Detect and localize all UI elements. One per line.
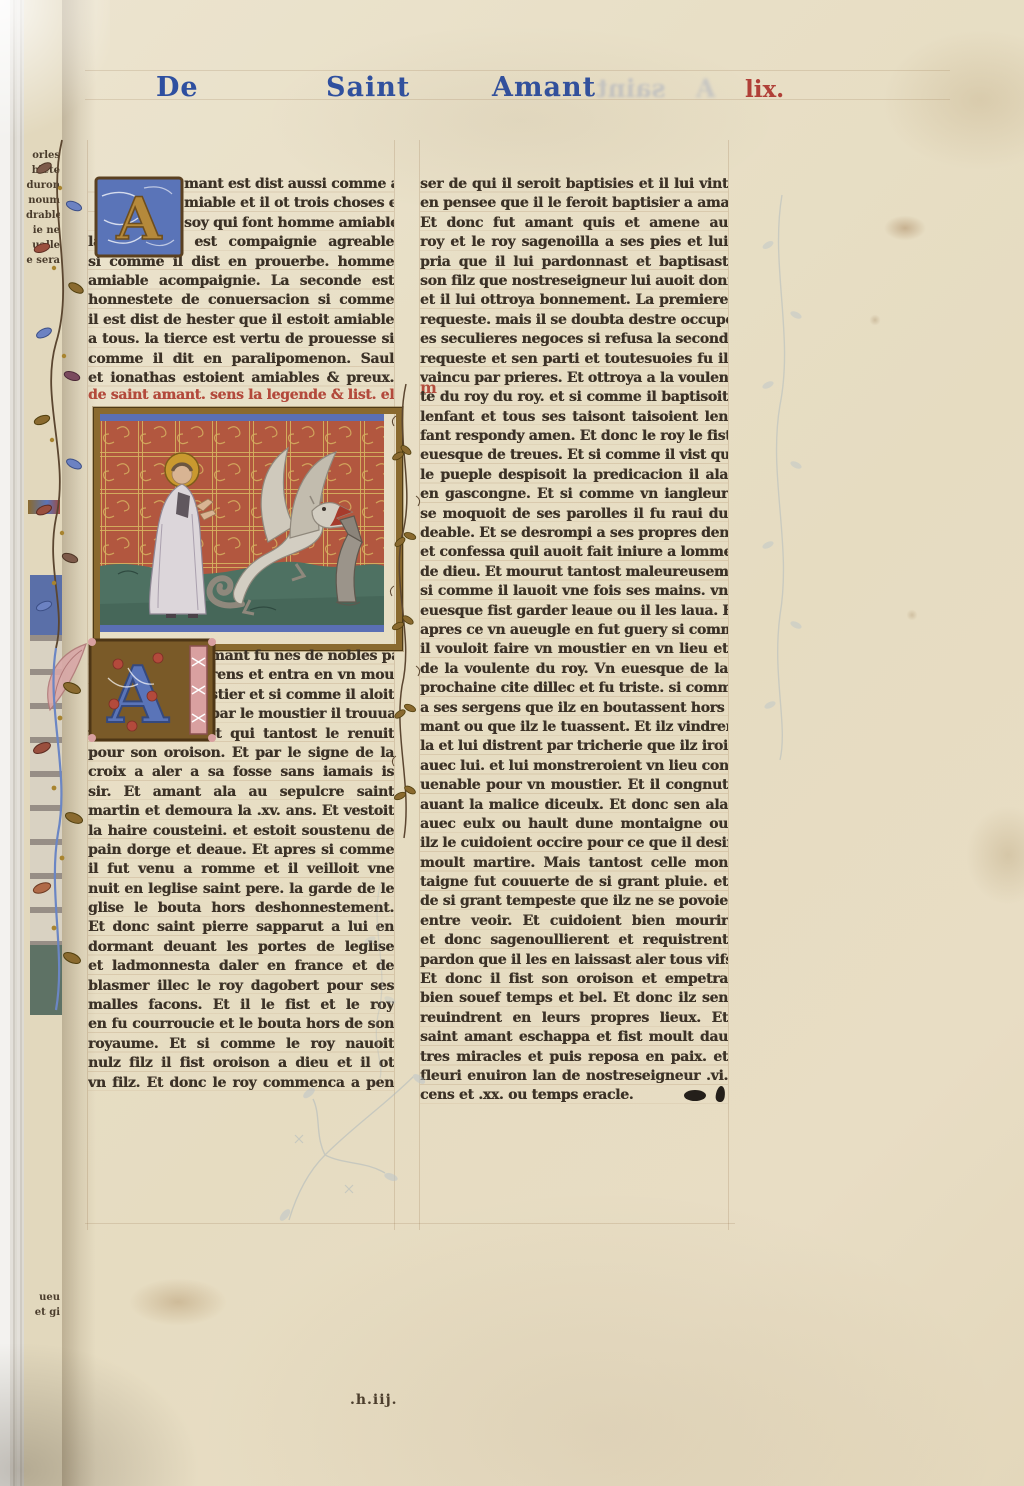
text-line: le pueple despisoit la predicacion il al… (420, 466, 728, 485)
miniature-painting (100, 414, 384, 632)
text-line: glise le bouta hors deshonnestement. (88, 899, 394, 918)
photo-background-edge (0, 0, 10, 1486)
text-line: ualle (26, 238, 60, 253)
offset-ghost-mark: A (696, 74, 715, 103)
text-line: cens et .xx. ou temps eracle. (420, 1086, 728, 1105)
text-line: auec lui. et lui monstreroient vn lieu c… (420, 757, 728, 776)
text-line: roy et le roy sagenoilla a ses pies et l… (420, 233, 728, 252)
text-line: ser de qui il seroit baptisies et il lui… (420, 175, 728, 194)
text-line: il fut venu a romme et il veilloit vne (88, 860, 394, 879)
text-line: bien souef temps et bel. Et donc ilz sen (420, 989, 728, 1008)
text-line: a ses sergens que ilz en boutassent hors… (420, 699, 728, 718)
text-line: requeste. mais il se doubta destre occup… (420, 311, 728, 330)
decorated-initial-A1: A (94, 176, 184, 262)
text-line: es seculieres negoces si refusa la secon… (420, 330, 728, 349)
text-line: duron (26, 178, 60, 193)
text-line: a tous. la tierce est vertu de prouesse … (88, 330, 394, 349)
text-line: sir. Et amant ala au sepulcre saint (88, 783, 394, 802)
text-line: reuindrent en leurs propres lieux. Et (420, 1009, 728, 1028)
text-line: martin et demoura la .xv. ans. Et vestoi… (88, 802, 394, 821)
text-line: et donc sagenoullierent et requistrent (420, 931, 728, 950)
text-line: mant fu nes de nobles pa (210, 647, 394, 666)
previous-folio-sliver: orlesbleteduronnoumdrableie neuallee ser… (24, 0, 62, 1486)
saint-amant-dragon-miniature (94, 408, 402, 650)
text-line: nulz filz il fist oroison a dieu et il o… (88, 1054, 394, 1073)
text-line: la haire cousteini. et estoit soustenu d… (88, 822, 394, 841)
text-line: en pensee que il le feroit baptisier a a… (420, 194, 728, 213)
text-line: noum (26, 193, 60, 208)
ruling-line (85, 1223, 735, 1224)
book-page-edges (10, 0, 24, 1486)
ruling-line (85, 70, 950, 71)
svg-text:A: A (115, 185, 162, 253)
text-line: apres ce vn aueugle en fut guery si comm… (420, 621, 728, 640)
text-line: moult martire. Mais tantost celle mon (420, 854, 728, 873)
text-line: pria que il lui pardonnast et baptisast (420, 253, 728, 272)
text-line: rens et entra en vn mou (210, 666, 394, 685)
text-line: orles (26, 148, 60, 163)
text-line: et gi (26, 1305, 60, 1320)
text-line: en fu courroucie et le bouta hors de son (88, 1015, 394, 1034)
text-line: la et lui distrent par tricherie que ilz… (420, 737, 728, 756)
text-line: te du roy du roy. et si comme il baptiso… (420, 388, 728, 407)
text-line: de dieu. Et mourut tantost maleureusemen… (420, 563, 728, 582)
ruling-line (394, 140, 395, 1230)
text-line: entre veoir. Et cuidoient bien mourir (420, 912, 728, 931)
manuscript-photo: { "page": { "header": { "word1": "De", "… (0, 0, 1024, 1486)
text-line: miable et il ot trois choses en (184, 194, 394, 213)
text-line: mant est dist aussi comme a (184, 175, 394, 194)
text-line: Et donc saint pierre sapparut a lui en (88, 918, 394, 937)
text-line: auec eulx ou hault dune montaigne ou (420, 815, 728, 834)
text-line: mant ou que ilz le tuassent. Et ilz vind… (420, 718, 728, 737)
text-line: pardon que il les en laissast aler tous … (420, 951, 728, 970)
folio-number: lix. (745, 76, 784, 103)
text-line: fant respondy amen. Et donc le roy le fi… (420, 427, 728, 446)
text-line: si comme il lauoit vne fois ses mains. v… (420, 582, 728, 601)
text-line: tres miracles et puis reposa en paix. et (420, 1048, 728, 1067)
text-line: et confessa quil auoit fait iniure a lom… (420, 543, 728, 562)
text-line: soy qui font homme amiable (184, 214, 394, 233)
text-line: de la voulente du roy. Vn euesque de la (420, 660, 728, 679)
text-line: euesque de treues. Et si comme il vist q… (420, 446, 728, 465)
text-line: en gascongne. Et si comme vn iangleur (420, 485, 728, 504)
text-line: amiable acompaignie. La seconde est (88, 272, 394, 291)
text-line: uenable pour vn moustier. Et il congnut (420, 776, 728, 795)
text-line: lenfant et tous ses taisont taisoient le… (420, 408, 728, 427)
text-line: blete (26, 163, 60, 178)
text-line: il est dist de hester que il estoit amia… (88, 311, 394, 330)
text-line: auant la malice diceulx. Et donc sen ala (420, 796, 728, 815)
text-line: ie ne (26, 223, 60, 238)
text-line: de si grant tempeste que ilz ne se povoi… (420, 892, 728, 911)
running-title-word: Saint (326, 72, 410, 103)
quire-signature: .h.iij. (350, 1392, 398, 1408)
previous-folio-miniature-fragment (30, 575, 62, 1105)
text-line: et il lui ottroya bonnement. La premiere (420, 291, 728, 310)
running-title-word: Amant (492, 72, 596, 103)
text-line: son filz que nostreseigneur lui auoit do… (420, 272, 728, 291)
text-line: comme il dit en paralipomenon. Saul (88, 350, 394, 369)
running-title-word: De (156, 72, 199, 103)
rubric-line: de saint amant. sens la legende & list. … (88, 386, 394, 405)
text-line: par le moustier il trouua (210, 705, 394, 724)
showthrough-vine-right (742, 185, 822, 765)
text-line: dormant deuant les portes de leglise (88, 938, 394, 957)
text-line: drable (26, 208, 60, 223)
text-line: taigne fut couuerte de si grant pluie. e… (420, 873, 728, 892)
text-line: fleuri enuiron lan de nostreseigneur .vi… (420, 1067, 728, 1086)
text-line: il vouloit faire vn moustier en vn lieu … (420, 640, 728, 659)
text-line: royaume. Et si comme le roy nauoit (88, 1035, 394, 1054)
text-line: honnestete de conuersacion si comme (88, 291, 394, 310)
column2-text-block: ser de qui il seroit baptisies et il lui… (420, 175, 728, 1106)
text-line: saint amant eschappa et fist moult dau (420, 1028, 728, 1047)
text-line: euesque fist garder leaue ou il les laua… (420, 602, 728, 621)
text-line: vn filz. Et donc le roy commenca a pen (88, 1074, 394, 1093)
text-line: vaincu par prieres. Et ottroya a la voul… (420, 369, 728, 388)
offset-ghost-text: saint (596, 74, 666, 103)
text-line: se moquoit de ses parolles il fu raui du (420, 505, 728, 524)
text-line: blasmer illec le roy dagobert pour ses (88, 977, 394, 996)
text-line: ueu (26, 1290, 60, 1305)
text-line: ilz le cuidoient occire pour ce que il d… (420, 834, 728, 853)
text-line: Et donc fut amant quis et amene au (420, 214, 728, 233)
ruling-line (728, 140, 729, 1230)
photo-corner-highlight (0, 0, 110, 150)
previous-folio-text-fragment: orlesbleteduronnoumdrableie neuallee ser… (26, 148, 60, 418)
line-filler-ornament (684, 1090, 706, 1101)
text-line: stier et si comme il aloit (210, 686, 394, 705)
text-line: et ladmonnesta daler en france et de (88, 957, 394, 976)
text-line: nuit en leglise saint pere. la garde de … (88, 880, 394, 899)
text-line: requeste et sen parti et toutesuoies fu … (420, 350, 728, 369)
text-line: Et donc il fist son oroison et empetra (420, 970, 728, 989)
previous-folio-text-fragment-low: ueuet gi (26, 1290, 60, 1350)
text-line: croix a aler a sa fosse sans iamais is (88, 763, 394, 782)
decorated-initial-A2: A (88, 638, 216, 746)
text-line: malles facons. Et il le fist et le roy (88, 996, 394, 1015)
text-line: e sera (26, 253, 60, 268)
previous-folio-ornament-fragment (28, 500, 60, 514)
text-line: pain dorge et deaue. Et apres si comme (88, 841, 394, 860)
text-line: pour son oroison. Et par le signe de la (88, 744, 394, 763)
text-line: prochaine cite dillec et fu triste. si c… (420, 679, 728, 698)
text-line: deable. Et se desrompi a ses propres den… (420, 524, 728, 543)
